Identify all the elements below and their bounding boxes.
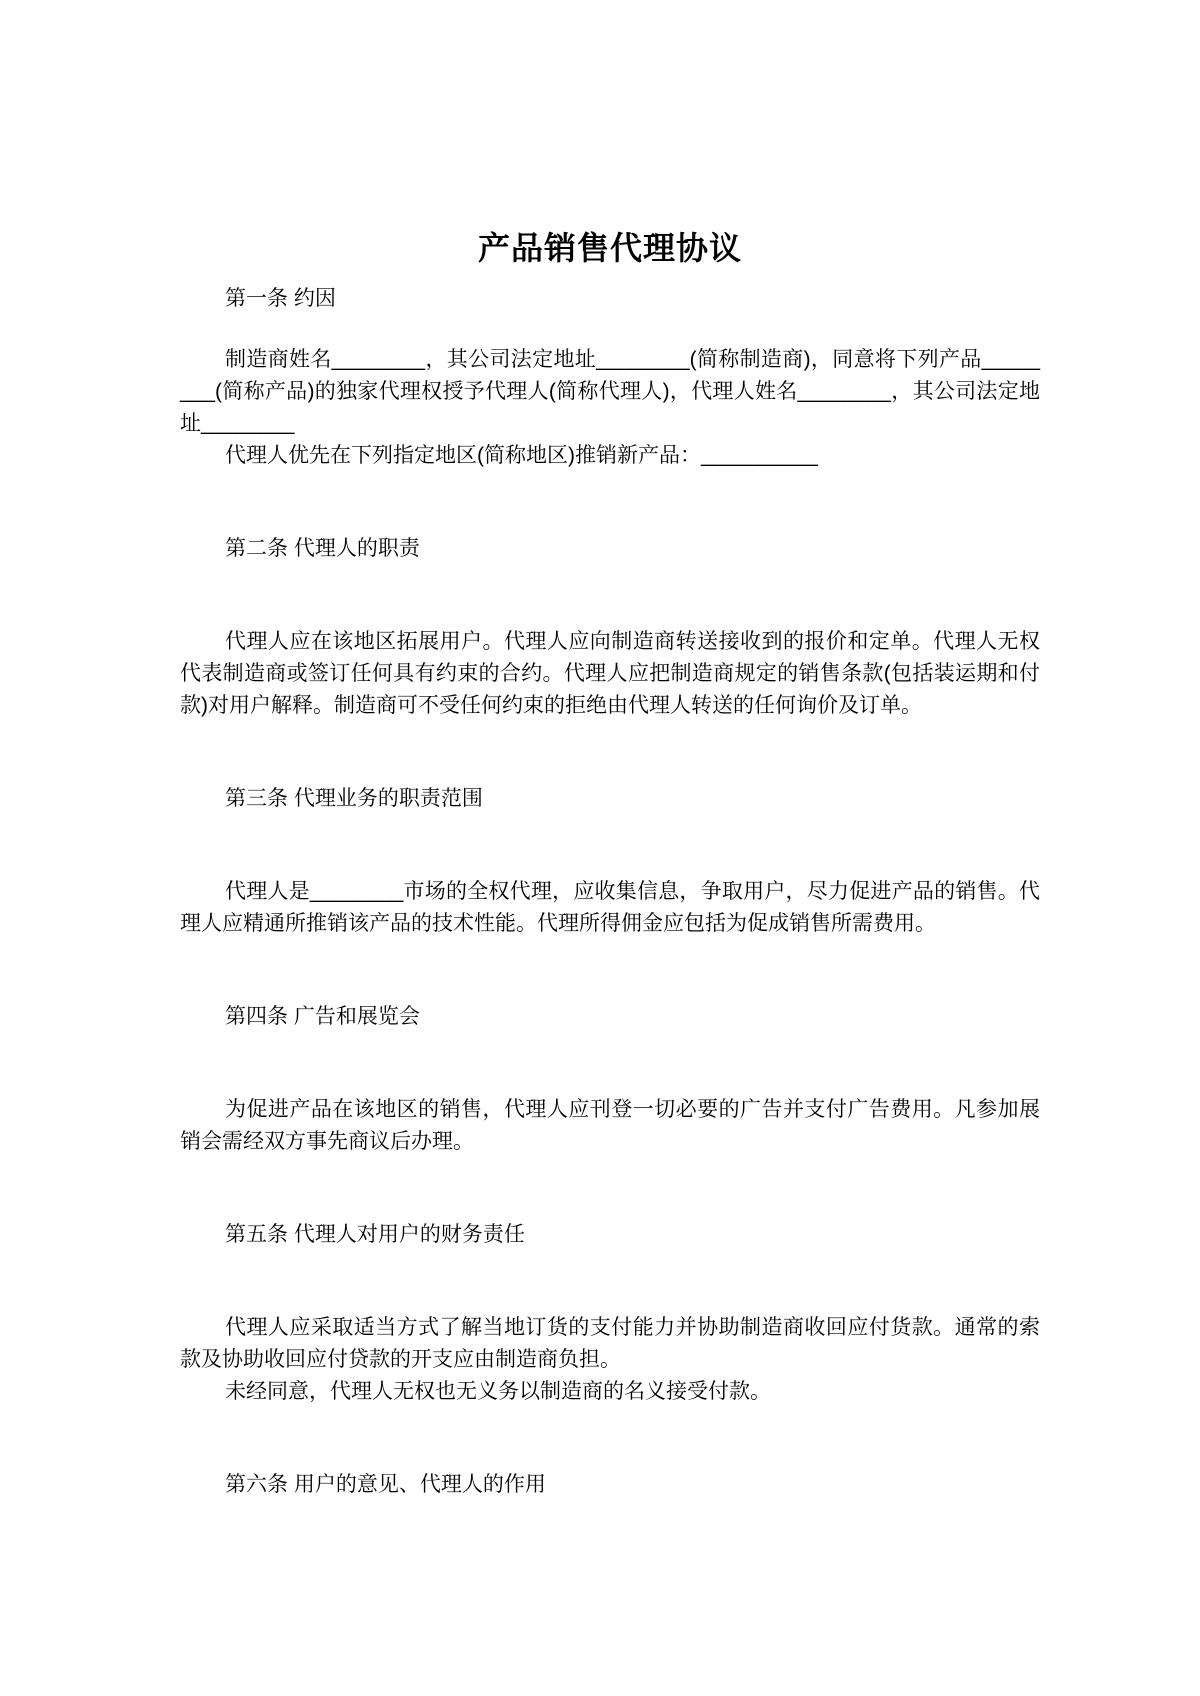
paragraph: 为促进产品在该地区的销售，代理人应刊登一切必要的广告并支付广告费用。凡参加展销会… bbox=[180, 1094, 1040, 1158]
article-section: 第四条 广告和展览会 为促进产品在该地区的销售，代理人应刊登一切必要的广告并支付… bbox=[180, 1001, 1040, 1158]
article-section: 第三条 代理业务的职责范围 代理人是________市场的全权代理，应收集信息，… bbox=[180, 783, 1040, 940]
paragraph: 代理人优先在下列指定地区(简称地区)推销新产品：__________ bbox=[180, 440, 1040, 472]
sections: 第一条 约因 制造商姓名________，其公司法定地址________(简称制… bbox=[180, 283, 1040, 1501]
article-section: 第五条 代理人对用户的财务责任 代理人应采取适当方式了解当地订货的支付能力并协助… bbox=[180, 1219, 1040, 1408]
paragraph: 代理人应采取适当方式了解当地订货的支付能力并协助制造商收回应付货款。通常的索款及… bbox=[180, 1312, 1040, 1376]
article-section: 第一条 约因 制造商姓名________，其公司法定地址________(简称制… bbox=[180, 283, 1040, 472]
article-heading: 第五条 代理人对用户的财务责任 bbox=[180, 1219, 1040, 1251]
article-heading: 第四条 广告和展览会 bbox=[180, 1001, 1040, 1033]
article-section: 第二条 代理人的职责 代理人应在该地区拓展用户。代理人应向制造商转送接收到的报价… bbox=[180, 533, 1040, 722]
document-body: 产品销售代理协议 第一条 约因 制造商姓名________，其公司法定地址___… bbox=[180, 0, 1040, 1501]
article-heading: 第一条 约因 bbox=[180, 283, 1040, 315]
article-heading: 第二条 代理人的职责 bbox=[180, 533, 1040, 565]
document-title: 产品销售代理协议 bbox=[180, 228, 1040, 268]
paragraph: 代理人是________市场的全权代理，应收集信息，争取用户，尽力促进产品的销售… bbox=[180, 876, 1040, 940]
document-page: 产品销售代理协议 第一条 约因 制造商姓名________，其公司法定地址___… bbox=[0, 0, 1200, 1696]
article-section: 第六条 用户的意见、代理人的作用 bbox=[180, 1469, 1040, 1501]
paragraph: 制造商姓名________，其公司法定地址________(简称制造商)，同意将… bbox=[180, 344, 1040, 440]
article-heading: 第三条 代理业务的职责范围 bbox=[180, 783, 1040, 815]
article-heading: 第六条 用户的意见、代理人的作用 bbox=[180, 1469, 1040, 1501]
paragraph: 未经同意，代理人无权也无义务以制造商的名义接受付款。 bbox=[180, 1376, 1040, 1408]
paragraph: 代理人应在该地区拓展用户。代理人应向制造商转送接收到的报价和定单。代理人无权代表… bbox=[180, 626, 1040, 722]
